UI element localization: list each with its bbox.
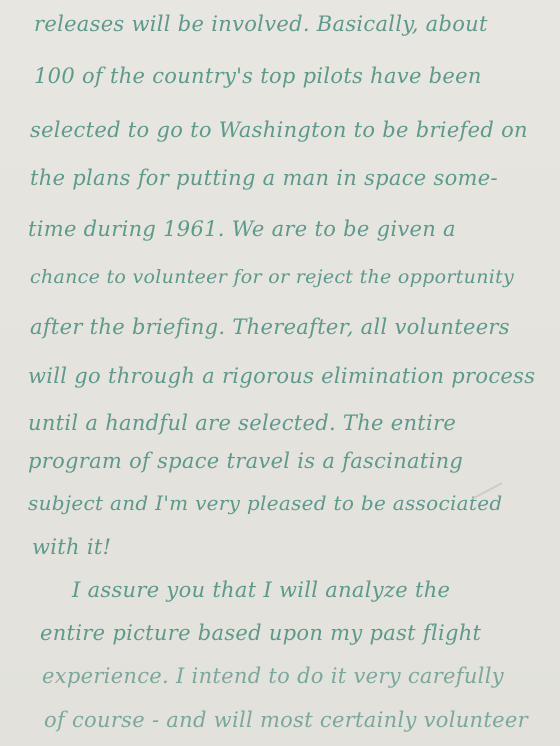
letter-line: 100 of the country's top pilots have bee… (34, 64, 482, 88)
letter-line: entire picture based upon my past flight (40, 621, 481, 645)
letter-line: after the briefing. Thereafter, all volu… (30, 315, 510, 339)
letter-line: program of space travel is a fascinating (28, 449, 463, 473)
letter-line: will go through a rigorous elimination p… (28, 364, 535, 388)
letter-line: time during 1961. We are to be given a (28, 217, 456, 241)
letter-line: I assure you that I will analyze the (72, 578, 450, 602)
letter-line: until a handful are selected. The entire (28, 411, 456, 435)
letter-line: experience. I intend to do it very caref… (42, 664, 504, 688)
letter-page: releases will be involved. Basically, ab… (0, 0, 560, 746)
letter-line: subject and I'm very pleased to be assoc… (28, 491, 502, 515)
letter-line: selected to go to Washington to be brief… (30, 118, 528, 142)
letter-line: of course - and will most certainly volu… (44, 708, 528, 732)
letter-line: the plans for putting a man in space som… (30, 166, 498, 190)
letter-line: chance to volunteer for or reject the op… (30, 266, 514, 288)
letter-line: with it! (32, 535, 111, 559)
letter-line: releases will be involved. Basically, ab… (34, 12, 504, 36)
